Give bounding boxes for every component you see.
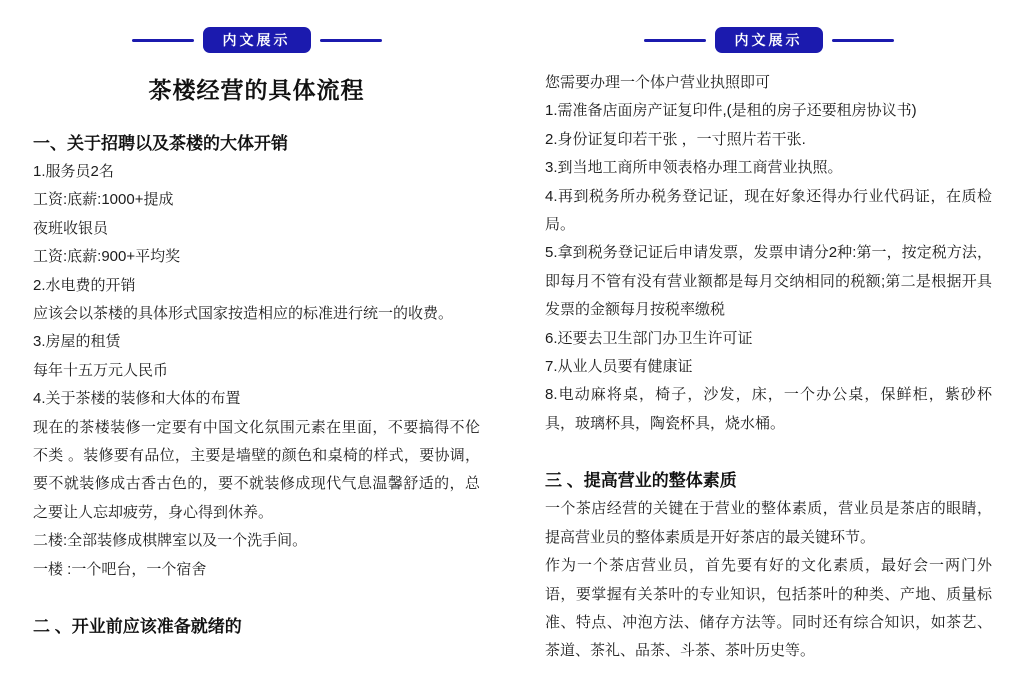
paragraph: 7.从业人员要有健康证 xyxy=(545,353,992,381)
paragraph: 4.再到税务所办税务登记证，现在好象还得办行业代码证，在质检局。 xyxy=(545,183,992,240)
badge-rule-right xyxy=(832,39,894,42)
document-page: 内文展示 茶楼经营的具体流程 一、关于招聘以及茶楼的大体开销 1.服务员2名 工… xyxy=(0,0,1024,683)
paragraph: 5.拿到税务登记证后申请发票，发票申请分2种:第一，按定税方法，即每月不管有没有… xyxy=(545,239,992,324)
paragraph: 6.还要去卫生部门办卫生许可证 xyxy=(545,325,992,353)
paragraph: 每年十五万元人民币 xyxy=(33,357,480,385)
paragraph: 1.服务员2名 xyxy=(33,158,480,186)
paragraph: 4.关于茶楼的装修和大体的布置 xyxy=(33,385,480,413)
badge-rule-right xyxy=(320,39,382,42)
paragraph: 一楼 :一个吧台，一个宿舍 xyxy=(33,556,480,584)
page-title: 茶楼经营的具体流程 xyxy=(33,75,480,105)
paragraph: 工资:底薪:900+平均奖 xyxy=(33,243,480,271)
left-column: 内文展示 茶楼经营的具体流程 一、关于招聘以及茶楼的大体开销 1.服务员2名 工… xyxy=(33,0,480,641)
badge-rule-left xyxy=(132,39,194,42)
paragraph: 3.房屋的租赁 xyxy=(33,328,480,356)
paragraph: 1.需准备店面房产证复印件,(是租的房子还要租房协议书) xyxy=(545,97,992,125)
paragraph: 一个茶店经营的关键在于营业的整体素质，营业员是茶店的眼睛，提高营业员的整体素质是… xyxy=(545,495,992,552)
section-2-heading: 二 、开业前应该准备就绪的 xyxy=(33,612,480,641)
paragraph: 8.电动麻将桌，椅子，沙发，床，一个办公桌，保鲜柜，紫砂杯具，玻璃杯具，陶瓷杯具… xyxy=(545,381,992,438)
paragraph: 2.水电费的开销 xyxy=(33,272,480,300)
paragraph: 应该会以茶楼的具体形式国家按造相应的标准进行统一的收费。 xyxy=(33,300,480,328)
paragraph: 3.到当地工商所申领表格办理工商营业执照。 xyxy=(545,154,992,182)
paragraph: 工资:底薪:1000+提成 xyxy=(33,186,480,214)
paragraph: 2.身份证复印若干张 ，一寸照片若干张. xyxy=(545,126,992,154)
paragraph: 现在的茶楼装修一定要有中国文化氛围元素在里面，不要搞得不伦不类 。装修要有品位，… xyxy=(33,414,480,528)
section-1-heading: 一、关于招聘以及茶楼的大体开销 xyxy=(33,129,480,158)
content-display-badge: 内文展示 xyxy=(203,27,311,53)
paragraph: 二楼:全部装修成棋牌室以及一个洗手间。 xyxy=(33,527,480,555)
section-3-heading: 三 、提高营业的整体素质 xyxy=(545,466,992,495)
paragraph: 您需要办理一个体户营业执照即可 xyxy=(545,69,992,97)
left-badge-row: 内文展示 xyxy=(33,27,480,53)
right-badge-row: 内文展示 xyxy=(545,27,992,53)
paragraph: 作为一个茶店营业员，首先要有好的文化素质，最好会一两门外语，要掌握有关茶叶的专业… xyxy=(545,552,992,666)
paragraph: 夜班收银员 xyxy=(33,215,480,243)
badge-rule-left xyxy=(644,39,706,42)
content-display-badge: 内文展示 xyxy=(715,27,823,53)
right-column: 内文展示 您需要办理一个体户营业执照即可 1.需准备店面房产证复印件,(是租的房… xyxy=(545,0,992,666)
